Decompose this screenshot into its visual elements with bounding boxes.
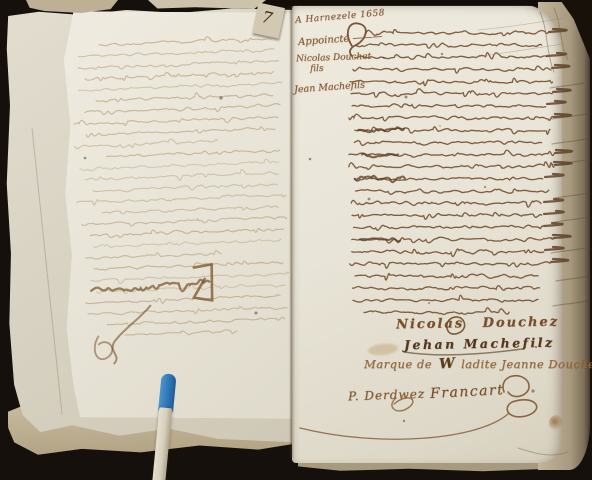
margin-note-fils: fils [310,64,324,74]
top-edge-shadow [238,0,538,6]
manuscript-scan: 7 A Harnezele 1658 Appoincté ——— Nicolas… [0,0,592,480]
gutter-fold [289,0,295,458]
top-paper-sliver [148,0,266,9]
marque-line: Marque de W ladite Jeanne Douchet [364,356,592,372]
marque-prefix: Marque de [364,357,432,371]
left-page-leaf [57,11,296,419]
pointer-stick-shaft [152,407,172,480]
signature-nicolas-douchez: Nicolas Douchez [396,315,559,333]
signature-derdwez: P. Derdwez [348,387,426,404]
marque-suffix: ladite Jeanne Douchet [461,357,592,371]
marque-mark: W [439,356,455,373]
signature-jehan-machefilz: Jehan Machefilz [404,335,555,353]
ink-stain [549,415,563,431]
right-page [292,5,562,463]
top-paper-sliver [26,0,118,13]
